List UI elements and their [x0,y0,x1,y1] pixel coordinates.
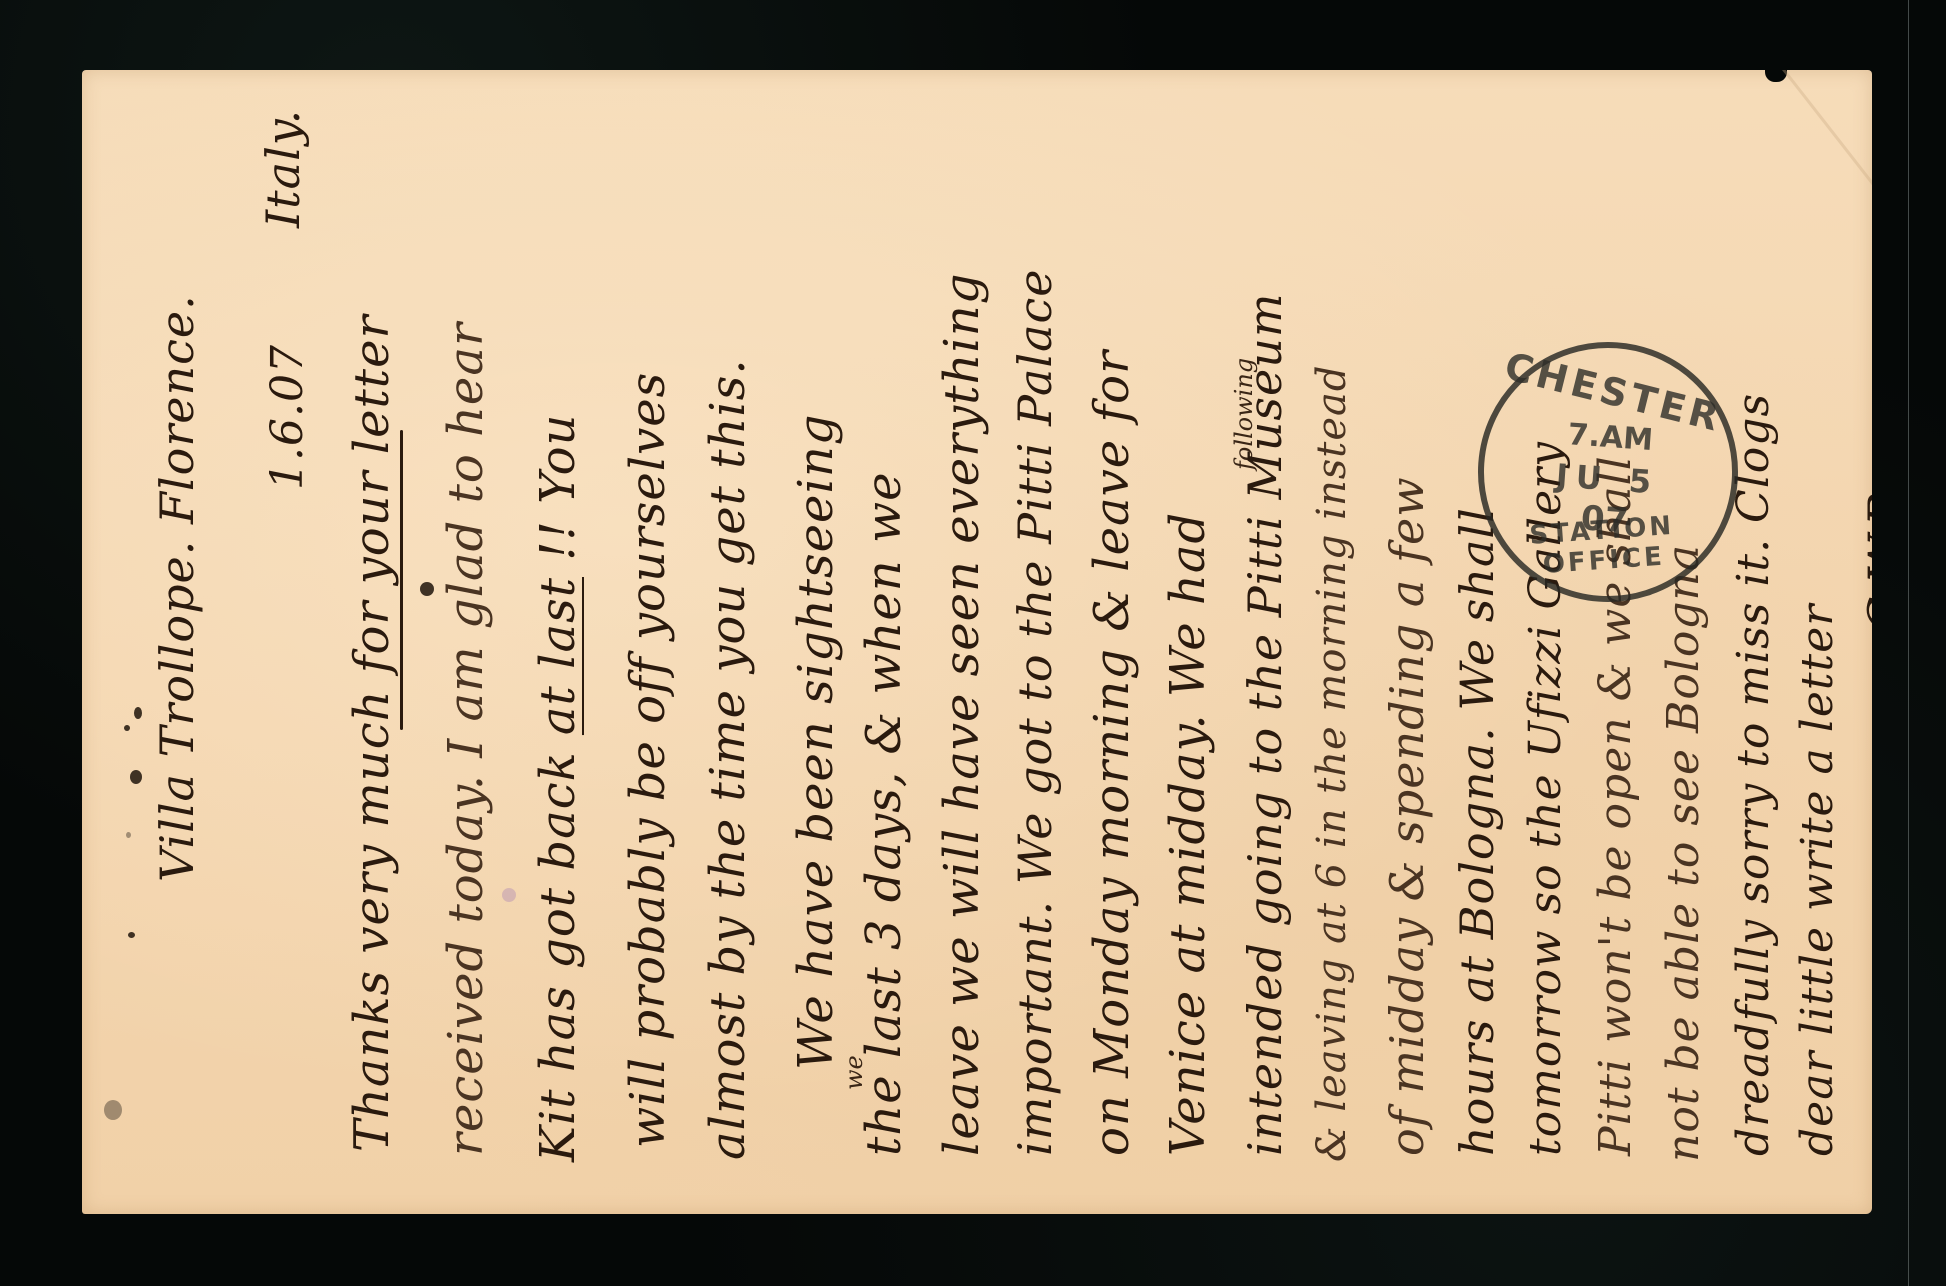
body-line-3: Kit has got back at last !! You [534,414,582,1162]
body-line-3-end: !! You [530,414,586,561]
ink-spot [128,932,135,938]
header-address: Villa Trollope. Florence. [154,294,200,882]
body-line-15: hours at Bologna. We shall [1454,507,1500,1156]
postcard: Villa Trollope. Florence. Italy. 1.6.07 … [82,70,1872,1214]
body-line-14: of midday & spending a few [1384,476,1430,1156]
body-line-3-text: Kit has got back [530,751,586,1162]
body-line-8: leave we will have seen everything [938,273,986,1156]
body-line-2: received today. I am glad to hear [442,322,490,1156]
ink-spot [130,770,142,784]
body-line-21: tomorrow. [1866,928,1872,1164]
body-line-11: Venice at midday. We had [1164,512,1212,1156]
body-line-19: dreadfully sorry to miss it. Clogs [1732,393,1776,1156]
ink-spot [126,832,131,838]
header-date: 1.6.07 [266,344,310,490]
body-line-7: the last 3 days, & when we [860,472,908,1156]
scan-background: Villa Trollope. Florence. Italy. 1.6.07 … [0,0,1946,1286]
body-line-13: & leaving at 6 in the morning instead [1312,365,1352,1162]
body-line-4: will probably be off yourselves [624,372,672,1148]
body-line-10: on Monday morning & leave for [1088,350,1136,1156]
body-line-18: not be able to see Bologna [1662,544,1706,1162]
header-country: Italy. [260,109,306,228]
ink-blot [420,582,434,596]
ink-stain [502,888,516,902]
date-underline [400,430,403,730]
signature: C.W.R. [1862,475,1872,632]
body-line-5: almost by the time you get this. [704,358,752,1160]
ink-spot [134,707,142,719]
body-line-12: intended going to the Pitti Museum [1242,293,1288,1156]
body-line-20: dear little write a letter [1796,604,1840,1156]
body-line-6: We have been sightseeing [792,414,840,1070]
mount-edge-line [1908,0,1909,1286]
ink-spot [104,1100,122,1120]
card-corner-crease [1782,70,1872,243]
underlined-at-last: at last [530,577,586,735]
body-line-9: important. We got to the Pitti Palace [1012,268,1058,1156]
ink-spot [124,725,130,731]
body-line-1: Thanks very much for your letter [348,315,396,1152]
